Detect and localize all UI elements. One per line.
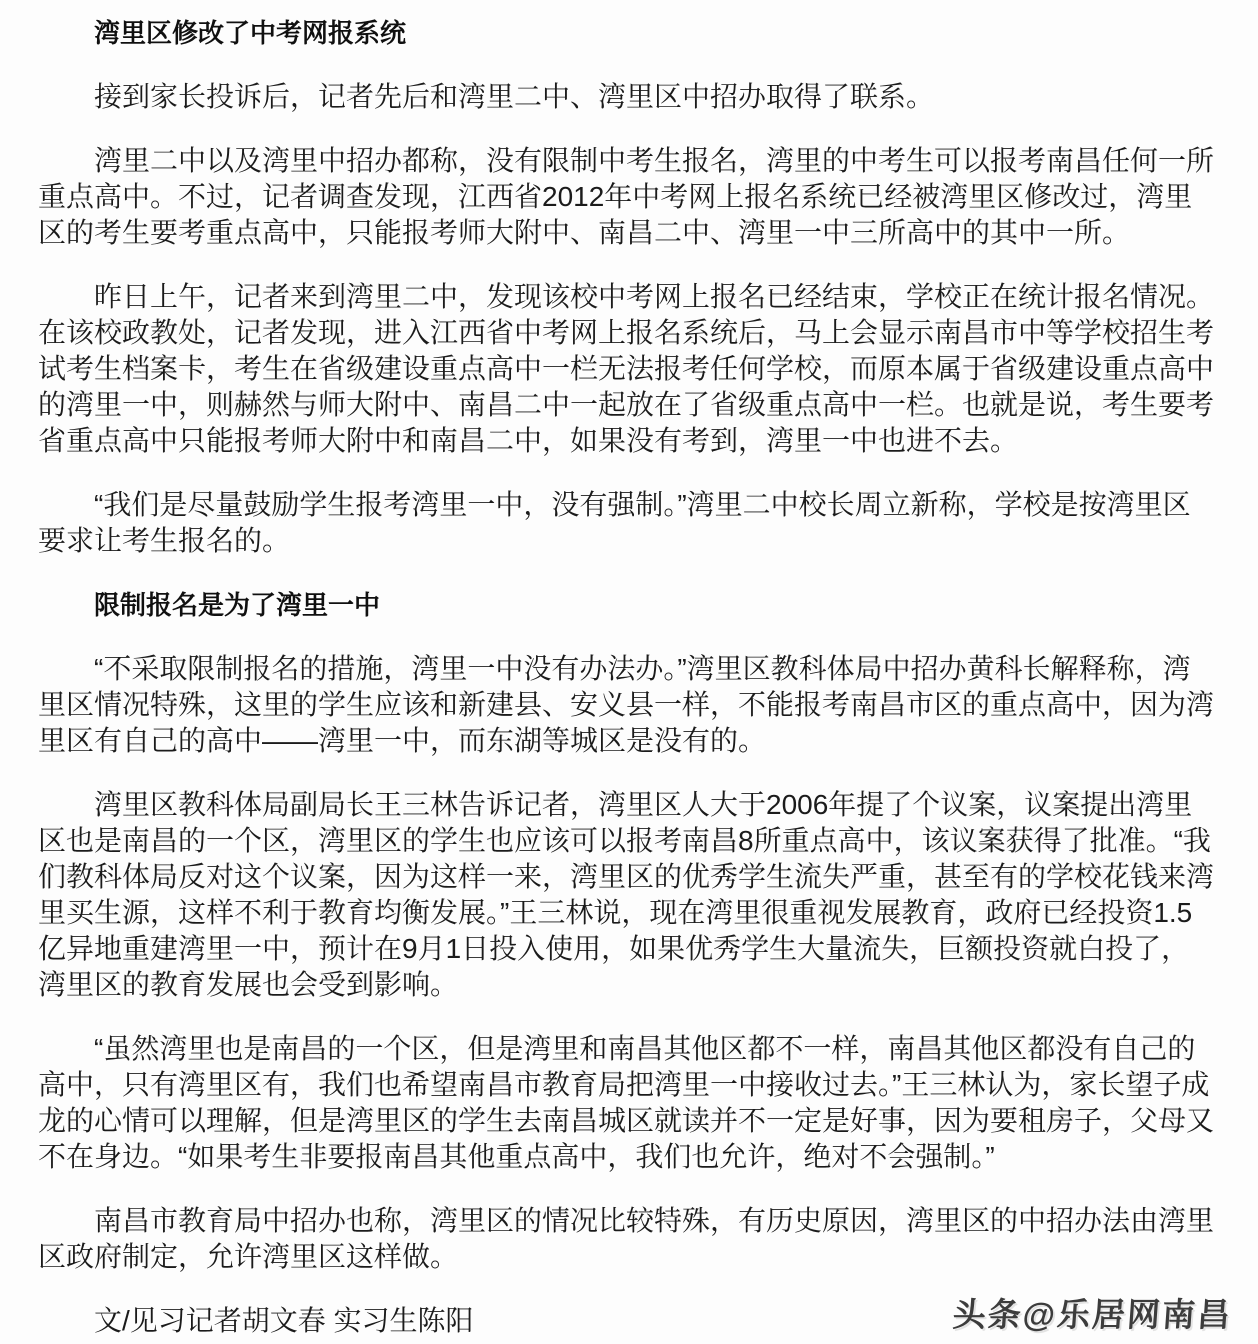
- article-paragraph: “虽然湾里也是南昌的一个区，但是湾里和南昌其他区都不一样，南昌其他区都没有自己的…: [38, 1031, 1216, 1175]
- article-paragraph: “我们是尽量鼓励学生报考湾里一中，没有强制。”湾里二中校长周立新称，学校是按湾里…: [38, 487, 1216, 559]
- article-body: 湾里区修改了中考网报系统接到家长投诉后，记者先后和湾里二中、湾里区中招办取得了联…: [38, 15, 1216, 1339]
- article-paragraph: 湾里二中以及湾里中招办都称，没有限制中考生报名，湾里的中考生可以报考南昌任何一所…: [38, 143, 1216, 251]
- article-paragraph: “不采取限制报名的措施，湾里一中没有办法办。”湾里区教科体局中招办黄科长解释称，…: [38, 651, 1216, 759]
- section-heading: 限制报名是为了湾里一中: [38, 587, 1216, 623]
- section-heading: 湾里区修改了中考网报系统: [38, 15, 1216, 51]
- article-paragraph: 接到家长投诉后，记者先后和湾里二中、湾里区中招办取得了联系。: [38, 79, 1216, 115]
- article-paragraph: 南昌市教育局中招办也称，湾里区的情况比较特殊，有历史原因，湾里区的中招办法由湾里…: [38, 1203, 1216, 1275]
- article-page: 湾里区修改了中考网报系统接到家长投诉后，记者先后和湾里二中、湾里区中招办取得了联…: [0, 0, 1258, 1344]
- article-paragraph: 昨日上午，记者来到湾里二中，发现该校中考网上报名已经结束，学校正在统计报名情况。…: [38, 279, 1216, 459]
- watermark-text: 头条@乐居网南昌: [951, 1289, 1233, 1336]
- article-paragraph: 湾里区教科体局副局长王三林告诉记者，湾里区人大于2006年提了个议案，议案提出湾…: [38, 787, 1216, 1003]
